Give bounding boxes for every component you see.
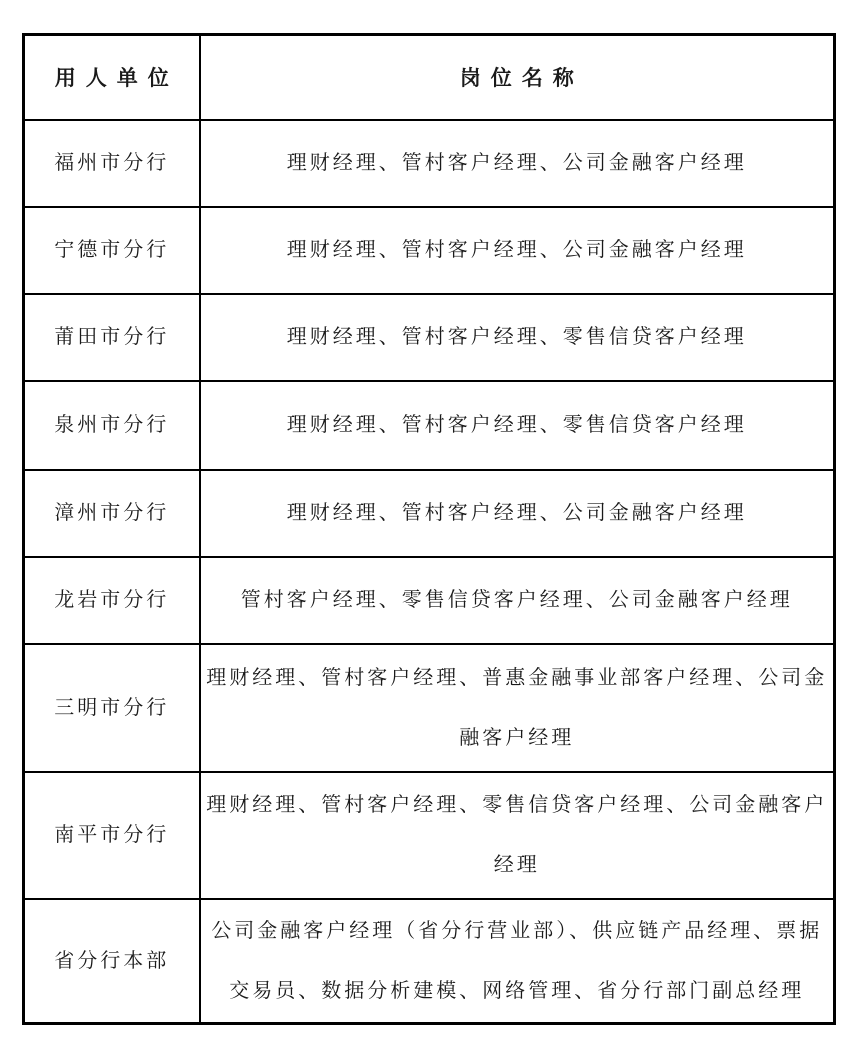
positions-cell: 理财经理、管村客户经理、零售信贷客户经理: [200, 381, 835, 470]
recruitment-positions-table: 用人单位 岗位名称 福州市分行 理财经理、管村客户经理、公司金融客户经理 宁德市…: [22, 33, 836, 1025]
table-row: 漳州市分行 理财经理、管村客户经理、公司金融客户经理: [24, 470, 835, 557]
positions-cell: 理财经理、管村客户经理、公司金融客户经理: [200, 207, 835, 294]
table-row: 南平市分行 理财经理、管村客户经理、零售信贷客户经理、公司金融客户 经理: [24, 772, 835, 899]
unit-cell: 福州市分行: [24, 120, 200, 207]
unit-cell: 龙岩市分行: [24, 557, 200, 644]
table-row: 龙岩市分行 管村客户经理、零售信贷客户经理、公司金融客户经理: [24, 557, 835, 644]
positions-cell: 理财经理、管村客户经理、公司金融客户经理: [200, 470, 835, 557]
unit-cell: 南平市分行: [24, 772, 200, 899]
header-row: 用人单位 岗位名称: [24, 35, 835, 120]
header-cell-positions: 岗位名称: [200, 35, 835, 120]
positions-cell: 理财经理、管村客户经理、普惠金融事业部客户经理、公司金 融客户经理: [200, 644, 835, 772]
positions-cell: 公司金融客户经理（省分行营业部）、供应链产品经理、票据 交易员、数据分析建模、网…: [200, 899, 835, 1024]
table-row: 福州市分行 理财经理、管村客户经理、公司金融客户经理: [24, 120, 835, 207]
unit-cell: 三明市分行: [24, 644, 200, 772]
positions-cell: 理财经理、管村客户经理、公司金融客户经理: [200, 120, 835, 207]
positions-cell: 理财经理、管村客户经理、零售信贷客户经理、公司金融客户 经理: [200, 772, 835, 899]
table-body: 福州市分行 理财经理、管村客户经理、公司金融客户经理 宁德市分行 理财经理、管村…: [24, 120, 835, 1024]
table-row: 莆田市分行 理财经理、管村客户经理、零售信贷客户经理: [24, 294, 835, 381]
unit-cell: 莆田市分行: [24, 294, 200, 381]
table-row: 省分行本部 公司金融客户经理（省分行营业部）、供应链产品经理、票据 交易员、数据…: [24, 899, 835, 1024]
positions-cell: 管村客户经理、零售信贷客户经理、公司金融客户经理: [200, 557, 835, 644]
unit-cell: 泉州市分行: [24, 381, 200, 470]
table-header: 用人单位 岗位名称: [24, 35, 835, 120]
unit-cell: 省分行本部: [24, 899, 200, 1024]
unit-cell: 漳州市分行: [24, 470, 200, 557]
unit-cell: 宁德市分行: [24, 207, 200, 294]
positions-cell: 理财经理、管村客户经理、零售信贷客户经理: [200, 294, 835, 381]
header-cell-unit: 用人单位: [24, 35, 200, 120]
table-row: 宁德市分行 理财经理、管村客户经理、公司金融客户经理: [24, 207, 835, 294]
table-row: 三明市分行 理财经理、管村客户经理、普惠金融事业部客户经理、公司金 融客户经理: [24, 644, 835, 772]
table-row: 泉州市分行 理财经理、管村客户经理、零售信贷客户经理: [24, 381, 835, 470]
